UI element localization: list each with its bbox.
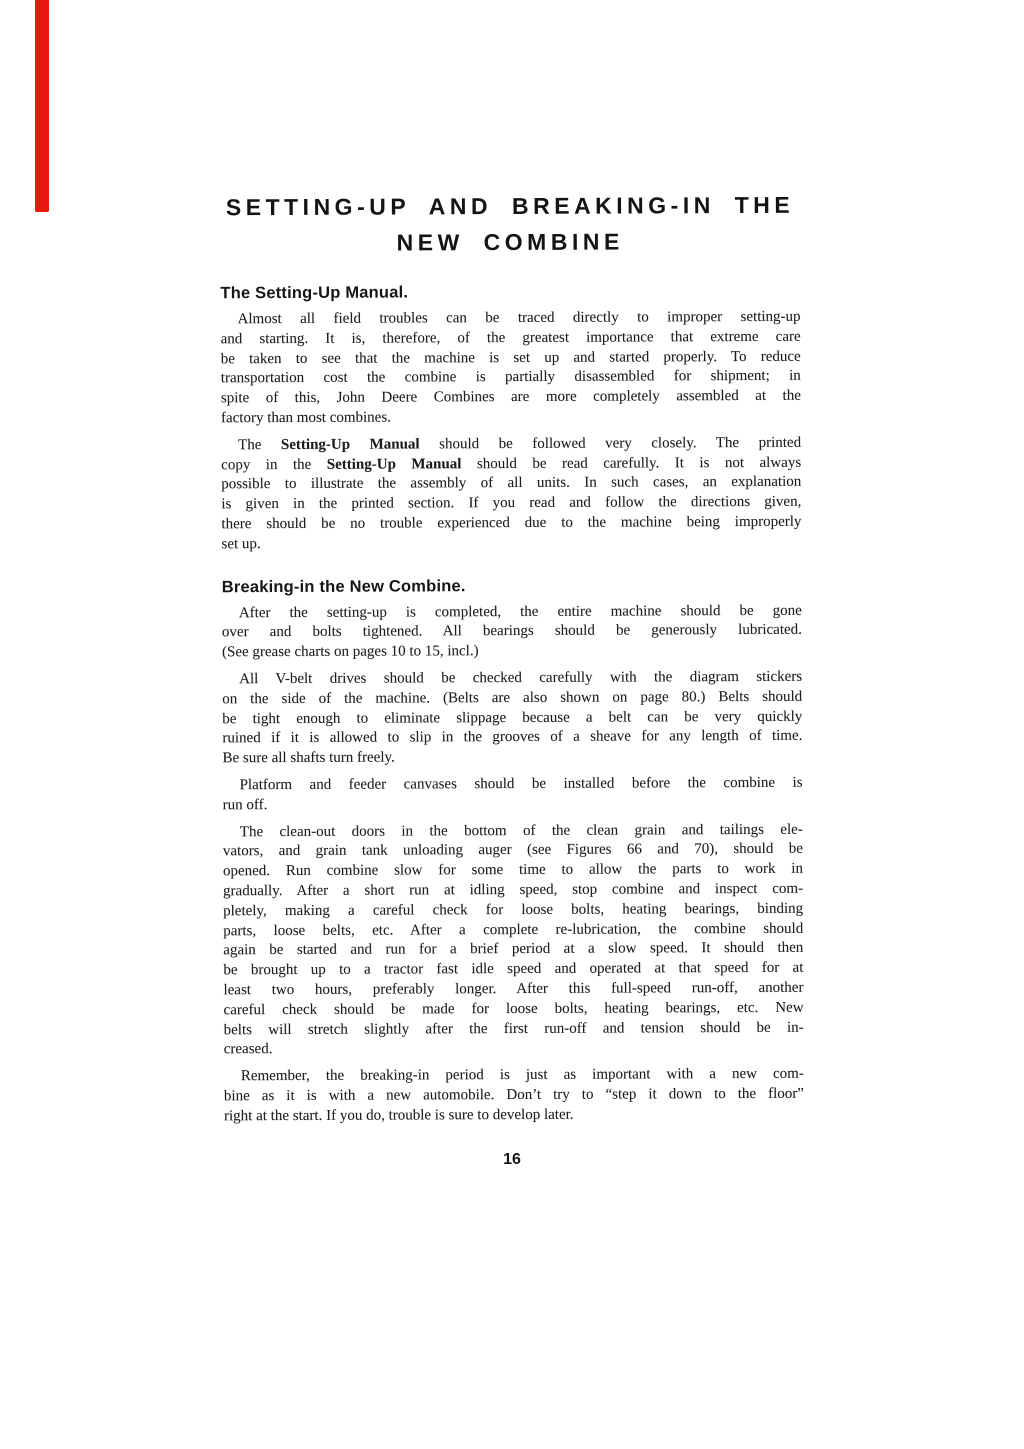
text-line: copy in the Setting-Up Manual should be … (221, 453, 801, 475)
page-title-line-1: SETTING-UP AND BREAKING-IN THE (220, 187, 800, 226)
text-line: ruined if it is allowed to slip in the g… (222, 727, 802, 749)
paragraph: The Setting-Up Manual should be followed… (221, 434, 802, 555)
text-line: After the setting-up is completed, the e… (222, 601, 802, 623)
page-title: SETTING-UP AND BREAKING-IN THE NEW COMBI… (220, 187, 800, 262)
text-line: factory than most combines. (221, 407, 801, 429)
text-line: The clean-out doors in the bottom of the… (223, 820, 803, 842)
text-column: SETTING-UP AND BREAKING-IN THE NEW COMBI… (220, 187, 804, 1127)
text-line: bine as it is with a new automobile. Don… (224, 1085, 804, 1107)
text-line: be brought up to a tractor fast idle spe… (223, 959, 803, 981)
text-line: run off. (223, 793, 803, 815)
sections: The Setting-Up Manual.Almost all field t… (220, 282, 804, 1127)
page-title-line-2: NEW COMBINE (220, 223, 800, 262)
text-line: Be sure all shafts turn freely. (222, 747, 802, 769)
scanned-manual-page: SETTING-UP AND BREAKING-IN THE NEW COMBI… (0, 0, 1024, 1449)
text-line: Platform and feeder canvases should be i… (223, 774, 803, 796)
text-line: least two hours, preferably longer. Afte… (223, 979, 803, 1001)
text-line: Almost all field troubles can be traced … (220, 308, 800, 330)
text-line: The Setting-Up Manual should be followed… (221, 434, 801, 456)
text-line: set up. (221, 533, 801, 555)
paragraph: Remember, the breaking-in period is just… (224, 1065, 804, 1127)
text-line: belts will stretch slightly after the fi… (224, 1018, 804, 1040)
text-line: possible to illustrate the assembly of a… (221, 473, 801, 495)
text-line: and starting. It is, therefore, of the g… (221, 328, 801, 350)
paragraph: Platform and feeder canvases should be i… (223, 774, 803, 816)
text-line: be tight enough to eliminate slippage be… (222, 707, 802, 729)
text-line: gradually. After a short run at idling s… (223, 880, 803, 902)
text-line: again be started and run for a brief per… (223, 939, 803, 961)
text-line: (See grease charts on pages 10 to 15, in… (222, 641, 802, 663)
text-line: on the side of the machine. (Belts are a… (222, 687, 802, 709)
text-line: Remember, the breaking-in period is just… (224, 1065, 804, 1087)
text-line: there should be no trouble experienced d… (221, 513, 801, 535)
paragraph: Almost all field troubles can be traced … (220, 308, 801, 429)
text-line: All V-belt drives should be checked care… (222, 668, 802, 690)
text-line: be taken to see that the machine is set … (221, 347, 801, 369)
red-edge-artifact (35, 0, 49, 212)
text-line: parts, loose belts, etc. After a complet… (223, 919, 803, 941)
paragraph: All V-belt drives should be checked care… (222, 668, 802, 770)
paragraph: The clean-out doors in the bottom of the… (223, 820, 804, 1060)
text-line: right at the start. If you do, trouble i… (224, 1104, 804, 1126)
text-line: opened. Run combine slow for some time t… (223, 860, 803, 882)
text-line: transportation cost the combine is parti… (221, 367, 801, 389)
text-line: vators, and grain tank unloading auger (… (223, 840, 803, 862)
page-number: 16 (222, 1150, 802, 1169)
text-line: careful check should be made for loose b… (223, 998, 803, 1020)
paragraph: After the setting-up is completed, the e… (222, 601, 802, 663)
text-line: over and bolts tightened. All bearings s… (222, 621, 802, 643)
text-line: pletely, making a careful check for loos… (223, 899, 803, 921)
text-line: creased. (224, 1038, 804, 1060)
text-line: spite of this, John Deere Combines are m… (221, 387, 801, 409)
text-line: is given in the printed section. If you … (221, 493, 801, 515)
section-heading: Breaking-in the New Combine. (222, 575, 802, 597)
section-heading: The Setting-Up Manual. (220, 282, 800, 304)
